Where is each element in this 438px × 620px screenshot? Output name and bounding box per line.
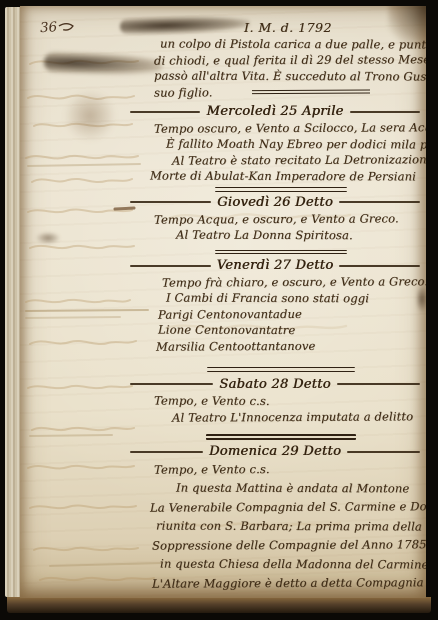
manuscript-line: un colpo di Pistola carica a due palle, …	[160, 36, 412, 53]
section-divider	[252, 90, 370, 95]
ink-blot-small	[36, 232, 60, 244]
manuscript-line: Morte di Abulat-Kan Imperadore de Persia…	[150, 168, 412, 185]
edge-stain	[416, 286, 426, 312]
folio-number: 36	[39, 19, 57, 36]
manuscript-line: In questa Mattina è andata al Montone	[176, 479, 412, 499]
manuscript-line: di chiodi, e qual ferita il dì 29 del st…	[154, 51, 412, 68]
manuscript-line-wrap: suo figlio.	[154, 83, 412, 100]
book-page-edges	[5, 7, 20, 597]
section-divider	[206, 434, 356, 441]
section-divider	[215, 187, 347, 192]
entry-heading-row: Venerdì 27 Detto	[130, 257, 420, 274]
heading-rule-left	[130, 265, 211, 267]
book-bottom-edge	[7, 597, 431, 613]
entry-heading-row: Mercoledì 25 Aprile	[130, 103, 420, 120]
manuscript-line: Tempo, e Vento c.s.	[154, 392, 412, 409]
entry-heading: Venerdì 27 Detto	[217, 258, 334, 273]
heading-rule-right	[350, 111, 420, 113]
manuscript-line: Tempo Acqua, e oscuro, e Vento a Greco.	[154, 210, 412, 227]
manuscript-line: Tempo frà chiaro, e oscuro, e Vento a Gr…	[162, 274, 412, 291]
manuscript-line: I Cambi di Francia sono stati oggi	[166, 290, 412, 307]
manuscript-line: in questa Chiesa della Madonna del Carmi…	[160, 555, 412, 575]
entry-heading: Sabato 28 Detto	[219, 377, 330, 392]
ink-blot	[64, 90, 116, 142]
manuscript-photo: 36 I. M. d. 1792 un colpo di Pistola car…	[0, 0, 438, 620]
year-heading: I. M. d. 1792	[150, 20, 412, 36]
manuscript-line: L'Altare Maggiore è detto a detta Compag…	[152, 574, 412, 594]
heading-rule-right	[347, 451, 420, 453]
section-divider	[215, 250, 347, 255]
manuscript-line: È fallito Moath Nay Ebreo per dodici mil…	[166, 136, 412, 153]
entry-heading-row: Sabato 28 Detto	[130, 376, 420, 393]
manuscript-line: Lione Centonovantatre	[158, 322, 412, 339]
diary-content: I. M. d. 1792 un colpo di Pistola carica…	[150, 20, 412, 593]
manuscript-line: La Venerabile Compagnia del S. Carmine e…	[150, 498, 412, 518]
manuscript-line: Al Teatro L'Innocenza imputata a delitto	[172, 408, 412, 425]
manuscript-line: Tempo oscuro, e Vento a Scilocco, La ser…	[154, 119, 412, 136]
heading-rule-right	[337, 383, 420, 385]
manuscript-line: Soppressione delle Compagnie del Anno 17…	[152, 536, 412, 556]
folio-flourish-icon	[57, 20, 78, 33]
folio-number-wrap: 36	[39, 18, 77, 37]
section-divider	[207, 367, 355, 372]
manuscript-line: suo figlio.	[154, 85, 213, 99]
entry-heading-row: Giovedì 26 Detto	[130, 194, 420, 211]
manuscript-line: Parigi Centonovantadue	[158, 306, 412, 323]
manuscript-line: Al Teatro è stato recitato La Detronizaz…	[172, 151, 412, 168]
manuscript-line: riunita con S. Barbara; La prima prima d…	[156, 517, 412, 537]
heading-rule-left	[130, 451, 203, 453]
manuscript-line: Tempo, e Vento c.s.	[154, 460, 412, 480]
heading-rule-left	[130, 111, 200, 113]
heading-rule-left	[130, 201, 211, 203]
manuscript-line: Al Teatro La Donna Spiritosa.	[176, 226, 412, 243]
entry-heading: Mercoledì 25 Aprile	[206, 104, 343, 119]
manuscript-page: 36 I. M. d. 1792 un colpo di Pistola car…	[20, 6, 426, 598]
heading-rule-right	[339, 201, 420, 203]
heading-rule-left	[130, 383, 213, 385]
heading-rule-right	[339, 265, 420, 267]
entry-body: Tempo, e Vento c.s. In questa Mattina è …	[150, 460, 412, 593]
entry-heading-row: Domenica 29 Detto	[130, 443, 420, 460]
ink-smudge-left	[44, 52, 163, 76]
entry-heading: Giovedì 26 Detto	[217, 195, 333, 210]
manuscript-line: passò all'altra Vita. È succeduto al Tro…	[154, 68, 412, 85]
manuscript-line: Marsilia Centoottantanove	[156, 338, 412, 355]
entry-heading: Domenica 29 Detto	[209, 444, 341, 459]
